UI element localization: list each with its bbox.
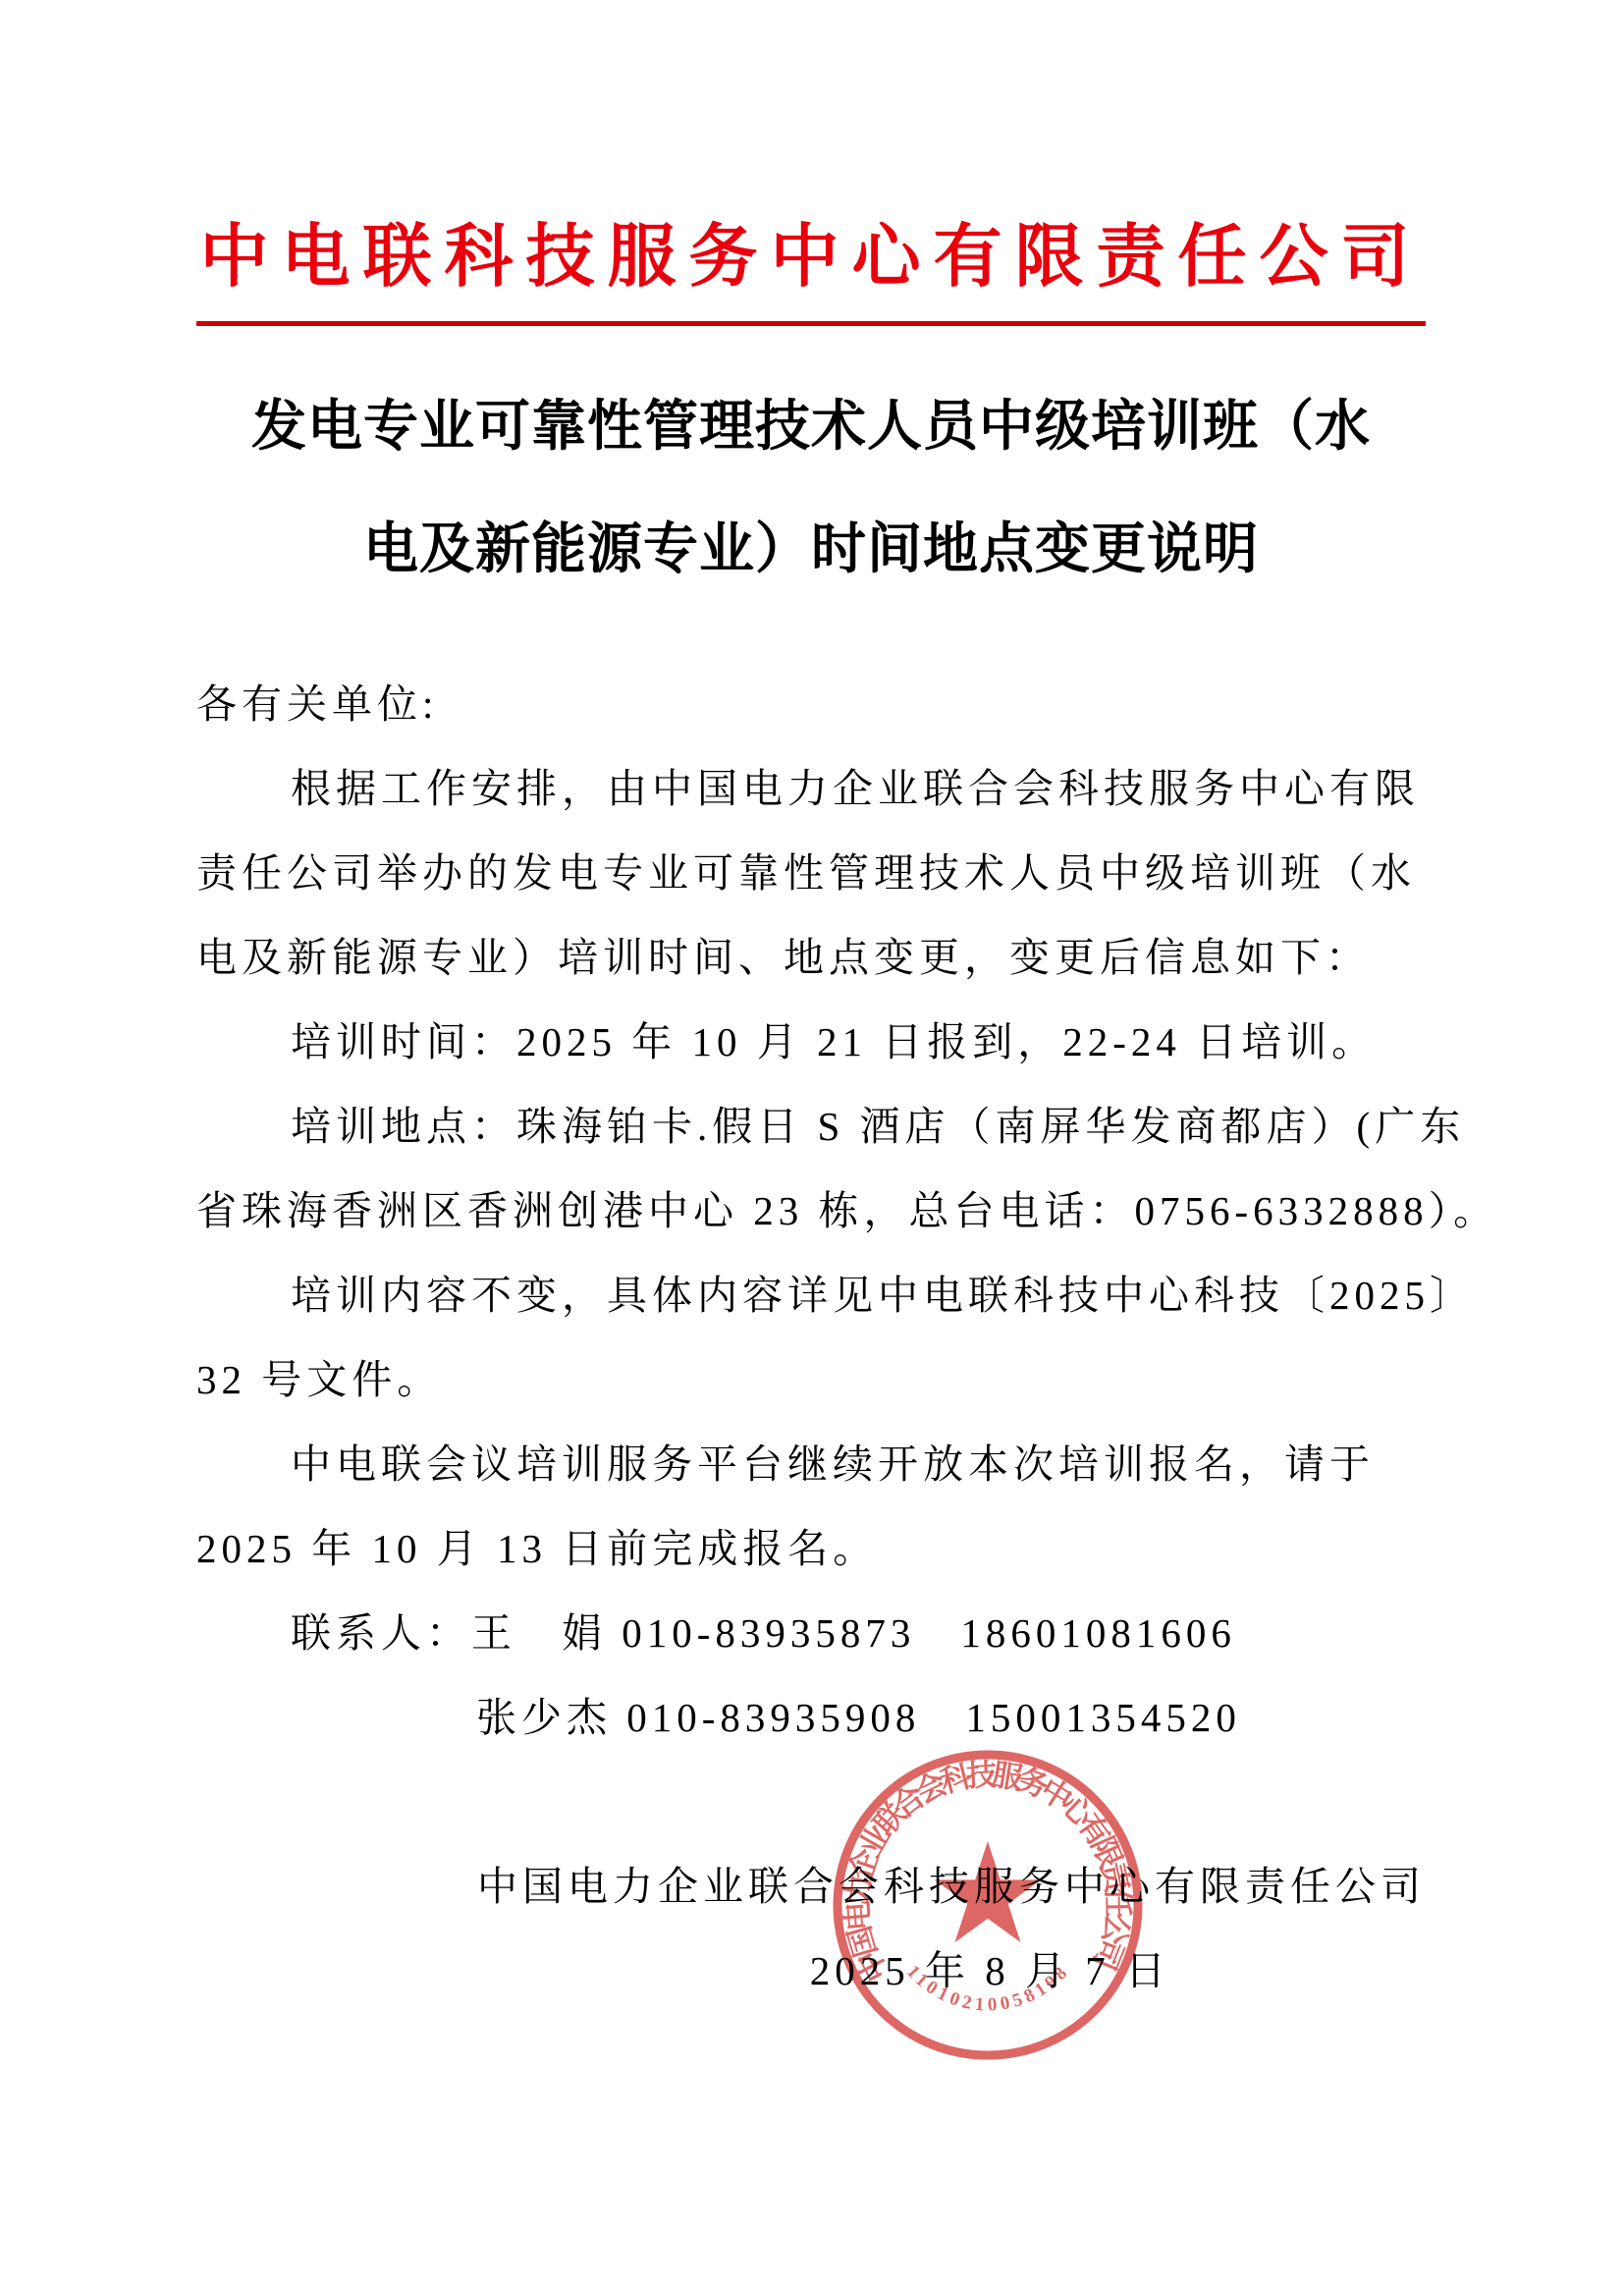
body-line: 中电联会议培训服务平台继续开放本次培训报名，请于 <box>196 1422 1426 1506</box>
signature-date: 2025 年 8 月 7 日 <box>196 1929 1426 2013</box>
document-title-line2: 电及新能源专业）时间地点变更说明 <box>196 489 1426 612</box>
letterhead-divider-rule <box>196 321 1426 326</box>
body-line: 责任公司举办的发电专业可靠性管理技术人员中级培训班（水 <box>196 831 1426 915</box>
letterhead-company-title: 中电联科技服务中心有限责任公司 <box>196 211 1426 304</box>
body-line-training-location: 培训地点：珠海铂卡.假日 S 酒店（南屏华发商都店）(广东 <box>196 1084 1426 1169</box>
body-line-contact-1: 联系人：王 娟 010-83935873 18601081606 <box>196 1591 1426 1675</box>
spacer-line <box>196 1760 1426 1844</box>
document-body: 各有关单位: 根据工作安排，由中国电力企业联合会科技服务中心有限 责任公司举办的… <box>196 662 1426 2013</box>
body-line-training-time: 培训时间：2025 年 10 月 21 日报到，22-24 日培训。 <box>196 1000 1426 1084</box>
body-line: 2025 年 10 月 13 日前完成报名。 <box>196 1506 1426 1591</box>
document-page: 中电联科技服务中心有限责任公司 发电专业可靠性管理技术人员中级培训班（水 电及新… <box>0 0 1624 2285</box>
document-title-line1: 发电专业可靠性管理技术人员中级培训班（水 <box>196 366 1426 489</box>
body-line: 省珠海香洲区香洲创港中心 23 栋，总台电话：0756-6332888）。 <box>196 1169 1426 1253</box>
document-title: 发电专业可靠性管理技术人员中级培训班（水 电及新能源专业）时间地点变更说明 <box>196 366 1426 612</box>
body-line: 培训内容不变，具体内容详见中电联科技中心科技〔2025〕 <box>196 1253 1426 1337</box>
body-line: 根据工作安排，由中国电力企业联合会科技服务中心有限 <box>196 746 1426 831</box>
body-line-contact-2: 张少杰 010-83935908 15001354520 <box>196 1675 1426 1760</box>
body-line: 电及新能源专业）培训时间、地点变更，变更后信息如下： <box>196 915 1426 1000</box>
body-line: 32 号文件。 <box>196 1337 1426 1422</box>
signature-company: 中国电力企业联合会科技服务中心有限责任公司 <box>196 1844 1426 1929</box>
body-salutation: 各有关单位: <box>196 662 1426 746</box>
